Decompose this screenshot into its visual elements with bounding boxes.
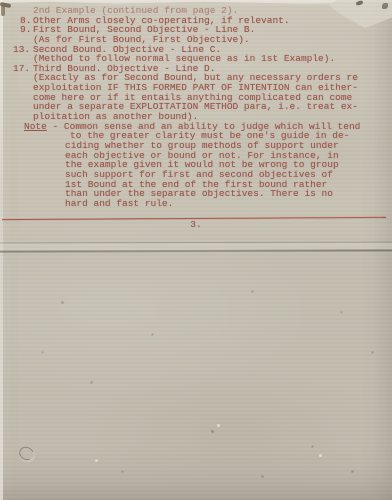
page-number: 3. xyxy=(0,219,392,230)
document-page: 2nd Example (continued from page 2).8.Ot… xyxy=(0,0,392,500)
typed-line: than under the separate objectives. Ther… xyxy=(0,189,392,199)
ring-stain xyxy=(17,445,36,463)
list-number: 9. xyxy=(20,25,31,35)
list-number: 13. xyxy=(13,45,30,55)
list-number: 17. xyxy=(13,64,30,74)
typed-line: hard and fast rule. xyxy=(0,199,392,209)
typed-lines: 2nd Example (continued from page 2).8.Ot… xyxy=(0,6,392,208)
typed-text: hard and fast rule. xyxy=(65,198,173,209)
paper-specks xyxy=(0,0,1,1)
note-label: Note xyxy=(24,121,47,132)
fold-crease xyxy=(0,249,392,252)
